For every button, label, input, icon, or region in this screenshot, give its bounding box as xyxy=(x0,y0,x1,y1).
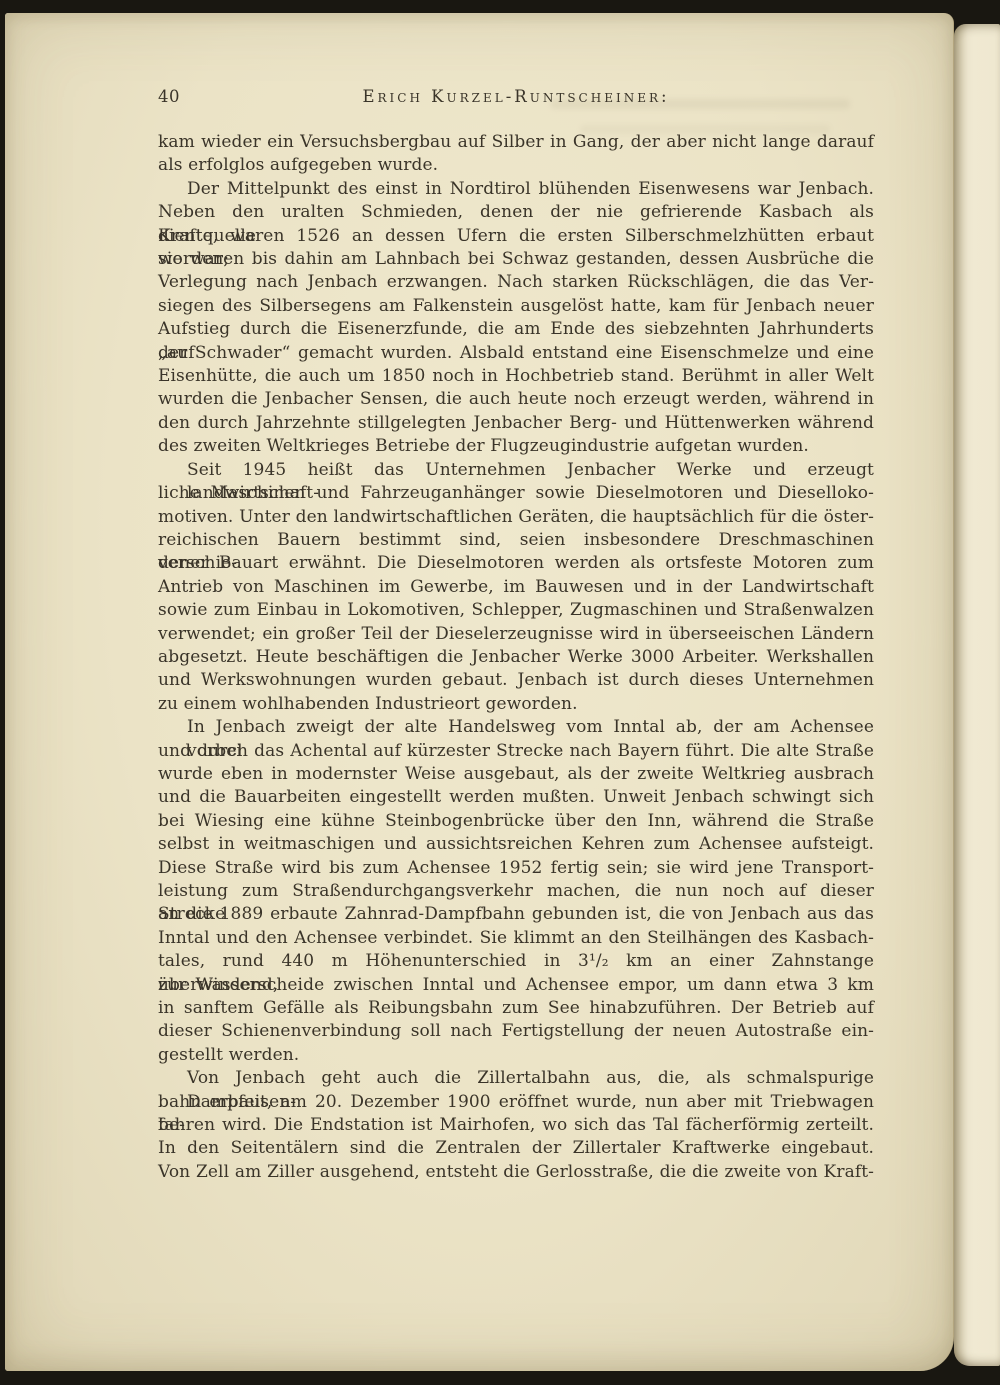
text-line: wurden die Jenbacher Sensen, die auch he… xyxy=(158,388,874,411)
text-line: in sanftem Gefälle als Reibungsbahn zum … xyxy=(158,997,874,1020)
text-line: als erfolglos aufgegeben wurde. xyxy=(158,154,874,177)
text-line: der Schwader“ gemacht wurden. Alsbald en… xyxy=(158,342,874,365)
page-sheet: 40 Erich Kurzel-Runtscheiner: kam wieder… xyxy=(5,13,954,1371)
text-line: Von Jenbach geht auch die Zillertalbahn … xyxy=(158,1067,874,1090)
text-line: Eisenhütte, die auch um 1850 noch in Hoc… xyxy=(158,365,874,388)
text-line: kam wieder ein Versuchsbergbau auf Silbe… xyxy=(158,131,874,154)
text-line: diente, waren 1526 an dessen Ufern die e… xyxy=(158,225,874,248)
text-line: Antrieb von Maschinen im Gewerbe, im Bau… xyxy=(158,576,874,599)
text-line: Aufstieg durch die Eisenerzfunde, die am… xyxy=(158,318,874,341)
text-line: bahn erbaut, am 20. Dezember 1900 eröffn… xyxy=(158,1091,874,1114)
text-line: Inntal und den Achensee verbindet. Sie k… xyxy=(158,927,874,950)
text-line: zur Wasserscheide zwischen Inntal und Ac… xyxy=(158,974,874,997)
text-line: tales, rund 440 m Höhenunterschied in 3¹… xyxy=(158,950,874,973)
text-line: fahren wird. Die Endstation ist Mairhofe… xyxy=(158,1114,874,1137)
text-line: sie waren bis dahin am Lahnbach bei Schw… xyxy=(158,248,874,271)
text-line: siegen des Silbersegens am Falkenstein a… xyxy=(158,295,874,318)
text-line: verwendet; ein großer Teil der Dieselerz… xyxy=(158,623,874,646)
text-line: motiven. Unter den landwirtschaftlichen … xyxy=(158,506,874,529)
text-line: reichischen Bauern bestimmt sind, seien … xyxy=(158,529,874,552)
text-line: In den Seitentälern sind die Zentralen d… xyxy=(158,1137,874,1160)
text-line: leistung zum Straßendurchgangsverkehr ma… xyxy=(158,880,874,903)
text-line: zu einem wohlhabenden Industrieort gewor… xyxy=(158,693,874,716)
text-line: des zweiten Weltkrieges Betriebe der Flu… xyxy=(158,435,874,458)
text-line: selbst in weitmaschigen und aussichtsrei… xyxy=(158,833,874,856)
running-header: Erich Kurzel-Runtscheiner: xyxy=(158,87,874,106)
text-line: Verlegung nach Jenbach erzwangen. Nach s… xyxy=(158,271,874,294)
text-line: und Werkswohnungen wurden gebaut. Jenbac… xyxy=(158,669,874,692)
text-line: Seit 1945 heißt das Unternehmen Jenbache… xyxy=(158,459,874,482)
text-line: In Jenbach zweigt der alte Handelsweg vo… xyxy=(158,716,874,739)
text-line: Diese Straße wird bis zum Achensee 1952 … xyxy=(158,857,874,880)
text-line: gestellt werden. xyxy=(158,1044,874,1067)
text-line: wurde eben in modernster Weise ausgebaut… xyxy=(158,763,874,786)
text-line: dener Bauart erwähnt. Die Dieselmotoren … xyxy=(158,552,874,575)
text-line: und die Bauarbeiten eingestellt werden m… xyxy=(158,786,874,809)
text-line: bei Wiesing eine kühne Steinbogenbrücke … xyxy=(158,810,874,833)
text-line: Neben den uralten Schmieden, denen der n… xyxy=(158,201,874,224)
text-line: den durch Jahrzehnte stillgelegten Jenba… xyxy=(158,412,874,435)
text-line: und durch das Achental auf kürzester Str… xyxy=(158,740,874,763)
text-line: liche Maschinen und Fahrzeuganhänger sow… xyxy=(158,482,874,505)
text-line: Der Mittelpunkt des einst in Nordtirol b… xyxy=(158,178,874,201)
text-line: dieser Schienenverbindung soll nach Fert… xyxy=(158,1020,874,1043)
text-line: Von Zell am Ziller ausgehend, entsteht d… xyxy=(158,1161,874,1184)
text-line: sowie zum Einbau in Lokomotiven, Schlepp… xyxy=(158,599,874,622)
next-page-fore-edge xyxy=(954,24,1000,1366)
text-block: kam wieder ein Versuchsbergbau auf Silbe… xyxy=(158,131,874,1184)
text-line: abgesetzt. Heute beschäftigen die Jenbac… xyxy=(158,646,874,669)
text-line: an die 1889 erbaute Zahnrad-Dampfbahn ge… xyxy=(158,903,874,926)
